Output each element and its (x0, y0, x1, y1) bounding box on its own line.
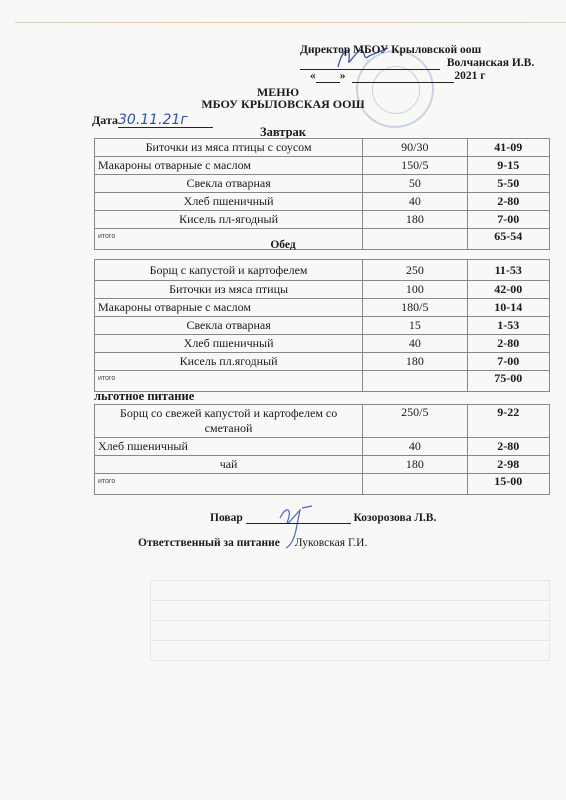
dish-name: Борщ с капустой и картофелем (95, 260, 363, 281)
dish-name: Макароны отварные с маслом (95, 299, 363, 317)
dish-qty: 15 (363, 317, 467, 335)
dish-qty: 180/5 (363, 299, 467, 317)
responsible-label: Ответственный за питание (138, 537, 280, 549)
dish-price: 2-98 (467, 456, 549, 474)
dish-price: 2-80 (467, 335, 549, 353)
dish-qty: 250/5 (363, 405, 467, 438)
dish-name: Свекла отварная (95, 317, 363, 335)
total-qty-empty (363, 474, 467, 495)
responsible-row: Ответственный за питание Луковская Г.И. (138, 537, 367, 549)
approval-block: Директор МБОУ Крыловской оош Волчанская … (300, 44, 534, 83)
dish-name: Хлеб пшеничный (95, 335, 363, 353)
dish-qty: 180 (363, 353, 467, 371)
table-row: Борщ со свежей капустой и картофелем со … (95, 405, 550, 438)
dish-qty: 40 (363, 438, 467, 456)
cook-label: Повар (210, 512, 243, 524)
reverse-side-bleed-through (150, 560, 550, 740)
table-row: Биточки из мяса птицы10042-00 (95, 281, 550, 299)
table-row: Борщ с капустой и картофелем25011-53 (95, 260, 550, 281)
table-row: Хлеб пшеничный402-80 (95, 335, 550, 353)
date-open-quote: « (310, 70, 316, 82)
table-row: Макароны отварные с маслом150/59-15 (95, 157, 550, 175)
table-row: Хлеб пшеничный402-80 (95, 193, 550, 211)
dish-price: 9-15 (467, 157, 549, 175)
total-price: 15-00 (467, 474, 549, 495)
section-title-lunch: Обед (0, 239, 566, 251)
dish-qty: 250 (363, 260, 467, 281)
table-row: Кисель пл.ягодный1807-00 (95, 353, 550, 371)
cook-signature-line (246, 523, 351, 524)
cook-name: Козорозова Л.В. (354, 512, 437, 524)
dish-name: Свекла отварная (95, 175, 363, 193)
subsidized-table: Борщ со свежей капустой и картофелем со … (94, 404, 550, 495)
scan-edge-line (15, 22, 566, 23)
dish-qty: 100 (363, 281, 467, 299)
breakfast-table: Биточки из мяса птицы с соусом90/3041-09… (94, 138, 550, 250)
dish-qty: 40 (363, 335, 467, 353)
director-position: Директор МБОУ Крыловской оош (300, 44, 534, 57)
table-row: Биточки из мяса птицы с соусом90/3041-09 (95, 139, 550, 157)
month-blank (352, 82, 454, 83)
dish-name: чай (95, 456, 363, 474)
table-row: Макароны отварные с маслом180/510-14 (95, 299, 550, 317)
dish-qty: 180 (363, 211, 467, 229)
dish-qty: 150/5 (363, 157, 467, 175)
dish-qty: 40 (363, 193, 467, 211)
table-row: Свекла отварная505-50 (95, 175, 550, 193)
total-row: итого15-00 (95, 474, 550, 495)
page-title: МЕНЮ МБОУ КРЫЛОВСКАЯ ООШ (0, 86, 566, 110)
dish-name: Хлеб пшеничный (95, 193, 363, 211)
dish-price: 7-00 (467, 211, 549, 229)
section-title-subsidized: льготное питание (94, 389, 566, 404)
dish-price: 5-50 (467, 175, 549, 193)
director-name: Волчанская И.В. (447, 57, 534, 69)
day-blank (316, 82, 340, 83)
dish-price: 9-22 (467, 405, 549, 438)
dish-qty: 50 (363, 175, 467, 193)
date-close-quote: » (340, 70, 346, 82)
total-label: итого (95, 474, 363, 495)
dish-name: Макароны отварные с маслом (95, 157, 363, 175)
table-row: Хлеб пшеничный402-80 (95, 438, 550, 456)
dish-name: Кисель пл.ягодный (95, 353, 363, 371)
dish-price: 1-53 (467, 317, 549, 335)
dish-price: 7-00 (467, 353, 549, 371)
approval-year: 2021 г (454, 70, 485, 82)
dish-price: 42-00 (467, 281, 549, 299)
school-name: МБОУ КРЫЛОВСКАЯ ООШ (0, 98, 566, 110)
table-row: чай1802-98 (95, 456, 550, 474)
table-row: Свекла отварная151-53 (95, 317, 550, 335)
dish-qty: 180 (363, 456, 467, 474)
lunch-table: Борщ с капустой и картофелем25011-53 Бит… (94, 259, 550, 392)
cook-signature-row: Повар Козорозова Л.В. (210, 512, 436, 524)
dish-price: 2-80 (467, 193, 549, 211)
dish-name: Биточки из мяса птицы с соусом (95, 139, 363, 157)
responsible-name: Луковская Г.И. (295, 537, 368, 549)
dish-price: 41-09 (467, 139, 549, 157)
dish-name: Кисель пл-ягодный (95, 211, 363, 229)
dish-price: 2-80 (467, 438, 549, 456)
dish-qty: 90/30 (363, 139, 467, 157)
dish-price: 11-53 (467, 260, 549, 281)
dish-name: Биточки из мяса птицы (95, 281, 363, 299)
dish-name: Хлеб пшеничный (95, 438, 363, 456)
dish-name: Борщ со свежей капустой и картофелем со … (95, 405, 363, 438)
dish-price: 10-14 (467, 299, 549, 317)
table-row: Кисель пл-ягодный1807-00 (95, 211, 550, 229)
